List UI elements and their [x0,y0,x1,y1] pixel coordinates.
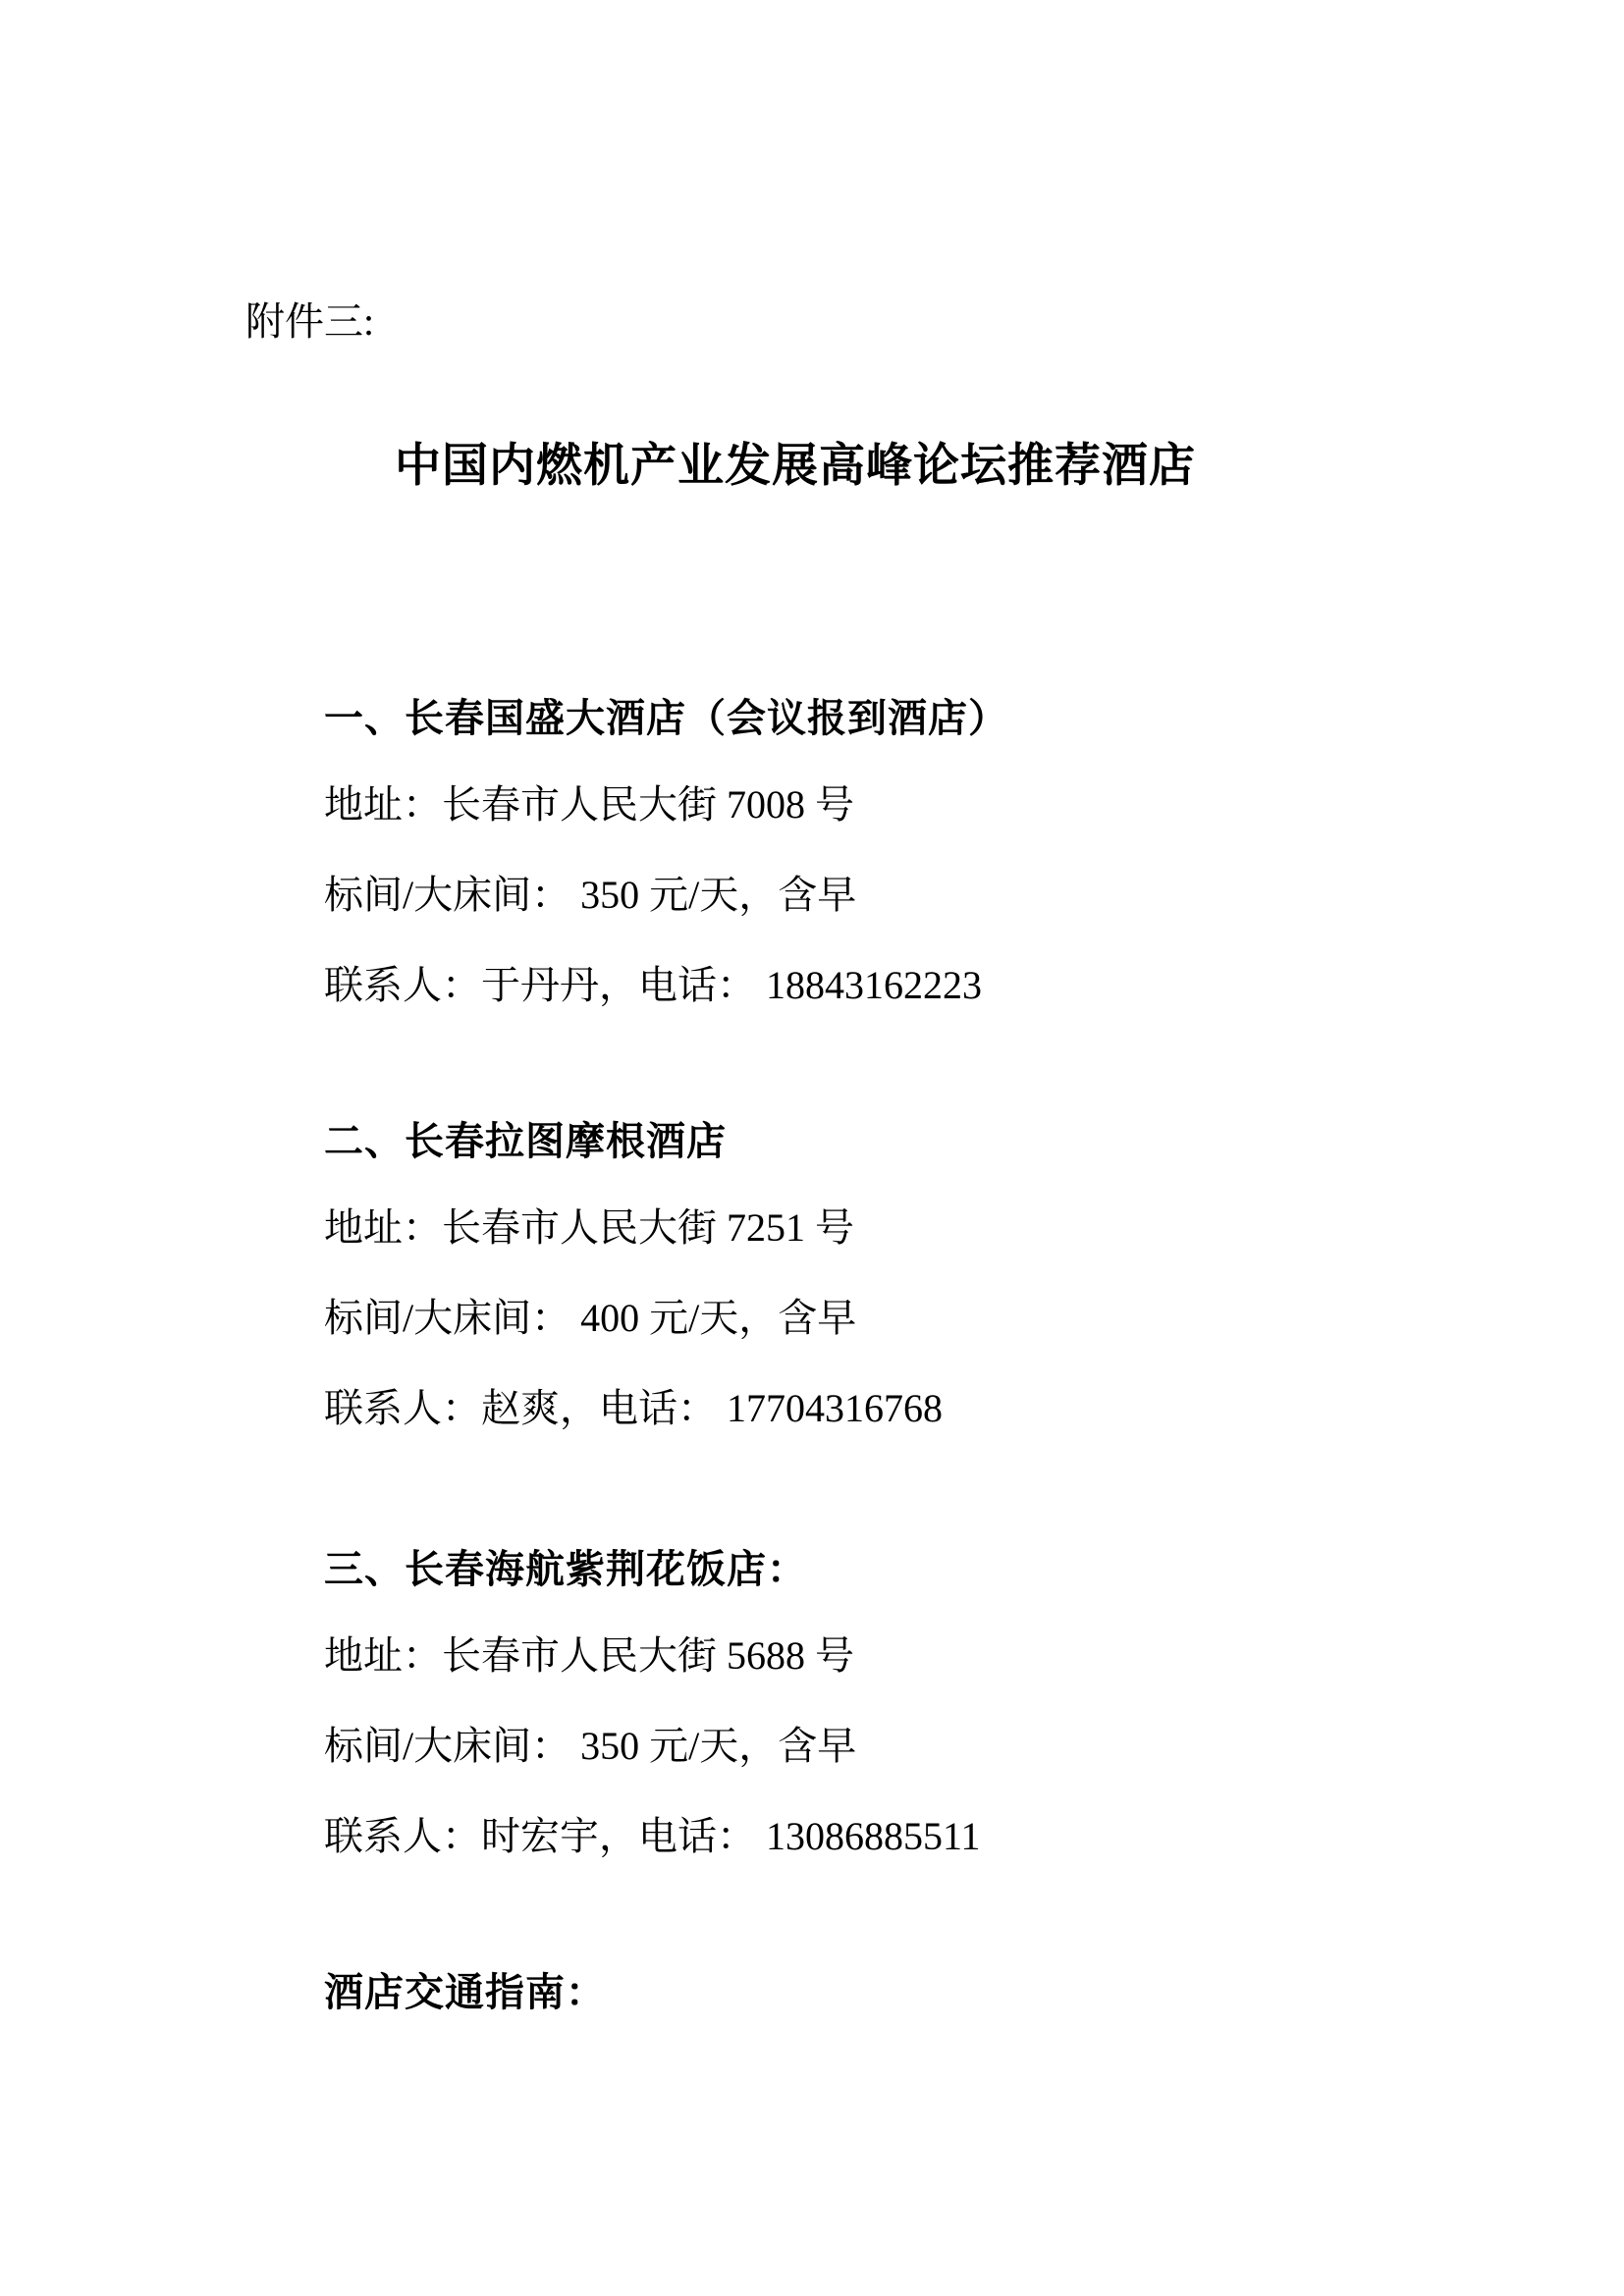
hotel-1-price: 标间/大床间： 350 元/天，含早 [324,874,856,917]
hotel-1-heading: 一、长春国盛大酒店（会议报到酒店） [324,697,1008,740]
hotel-1-address: 地址：长春市人民大街 7008 号 [324,783,854,827]
hotel-3-contact: 联系人：时宏宇，电话： 13086885511 [324,1815,981,1858]
hotel-3-address: 地址：长春市人民大街 5688 号 [324,1634,854,1678]
hotel-section-2: 二、长春拉图摩根酒店 地址：长春市人民大街 7251 号 标间/大床间： 400… [324,1120,1502,1444]
hotel-section-1: 一、长春国盛大酒店（会议报到酒店） 地址：长春市人民大街 7008 号 标间/大… [324,697,1502,1021]
hotel-2-heading: 二、长春拉图摩根酒店 [324,1120,727,1163]
document-title: 中国内燃机产业发展高峰论坛推荐酒店 [395,442,1196,493]
hotel-2-contact: 联系人：赵爽，电话： 17704316768 [324,1387,943,1430]
hotel-section-3: 三、长春海航紫荆花饭店： 地址：长春市人民大街 5688 号 标间/大床间： 3… [324,1548,1502,1872]
document-page: 附件三: 中国内燃机产业发展高峰论坛推荐酒店 一、长春国盛大酒店（会议报到酒店）… [0,0,1624,2296]
hotel-2-price: 标间/大床间： 400 元/天，含早 [324,1297,856,1340]
hotel-2-address: 地址：长春市人民大街 7251 号 [324,1206,854,1250]
hotel-3-price: 标间/大床间： 350 元/天，含早 [324,1725,856,1768]
attachment-label: 附件三: [245,300,374,344]
hotel-1-contact: 联系人：于丹丹，电话： 18843162223 [324,964,982,1007]
transport-guide-heading: 酒店交通指南： [324,1971,606,2014]
hotel-3-heading: 三、长春海航紫荆花饭店： [324,1548,807,1591]
